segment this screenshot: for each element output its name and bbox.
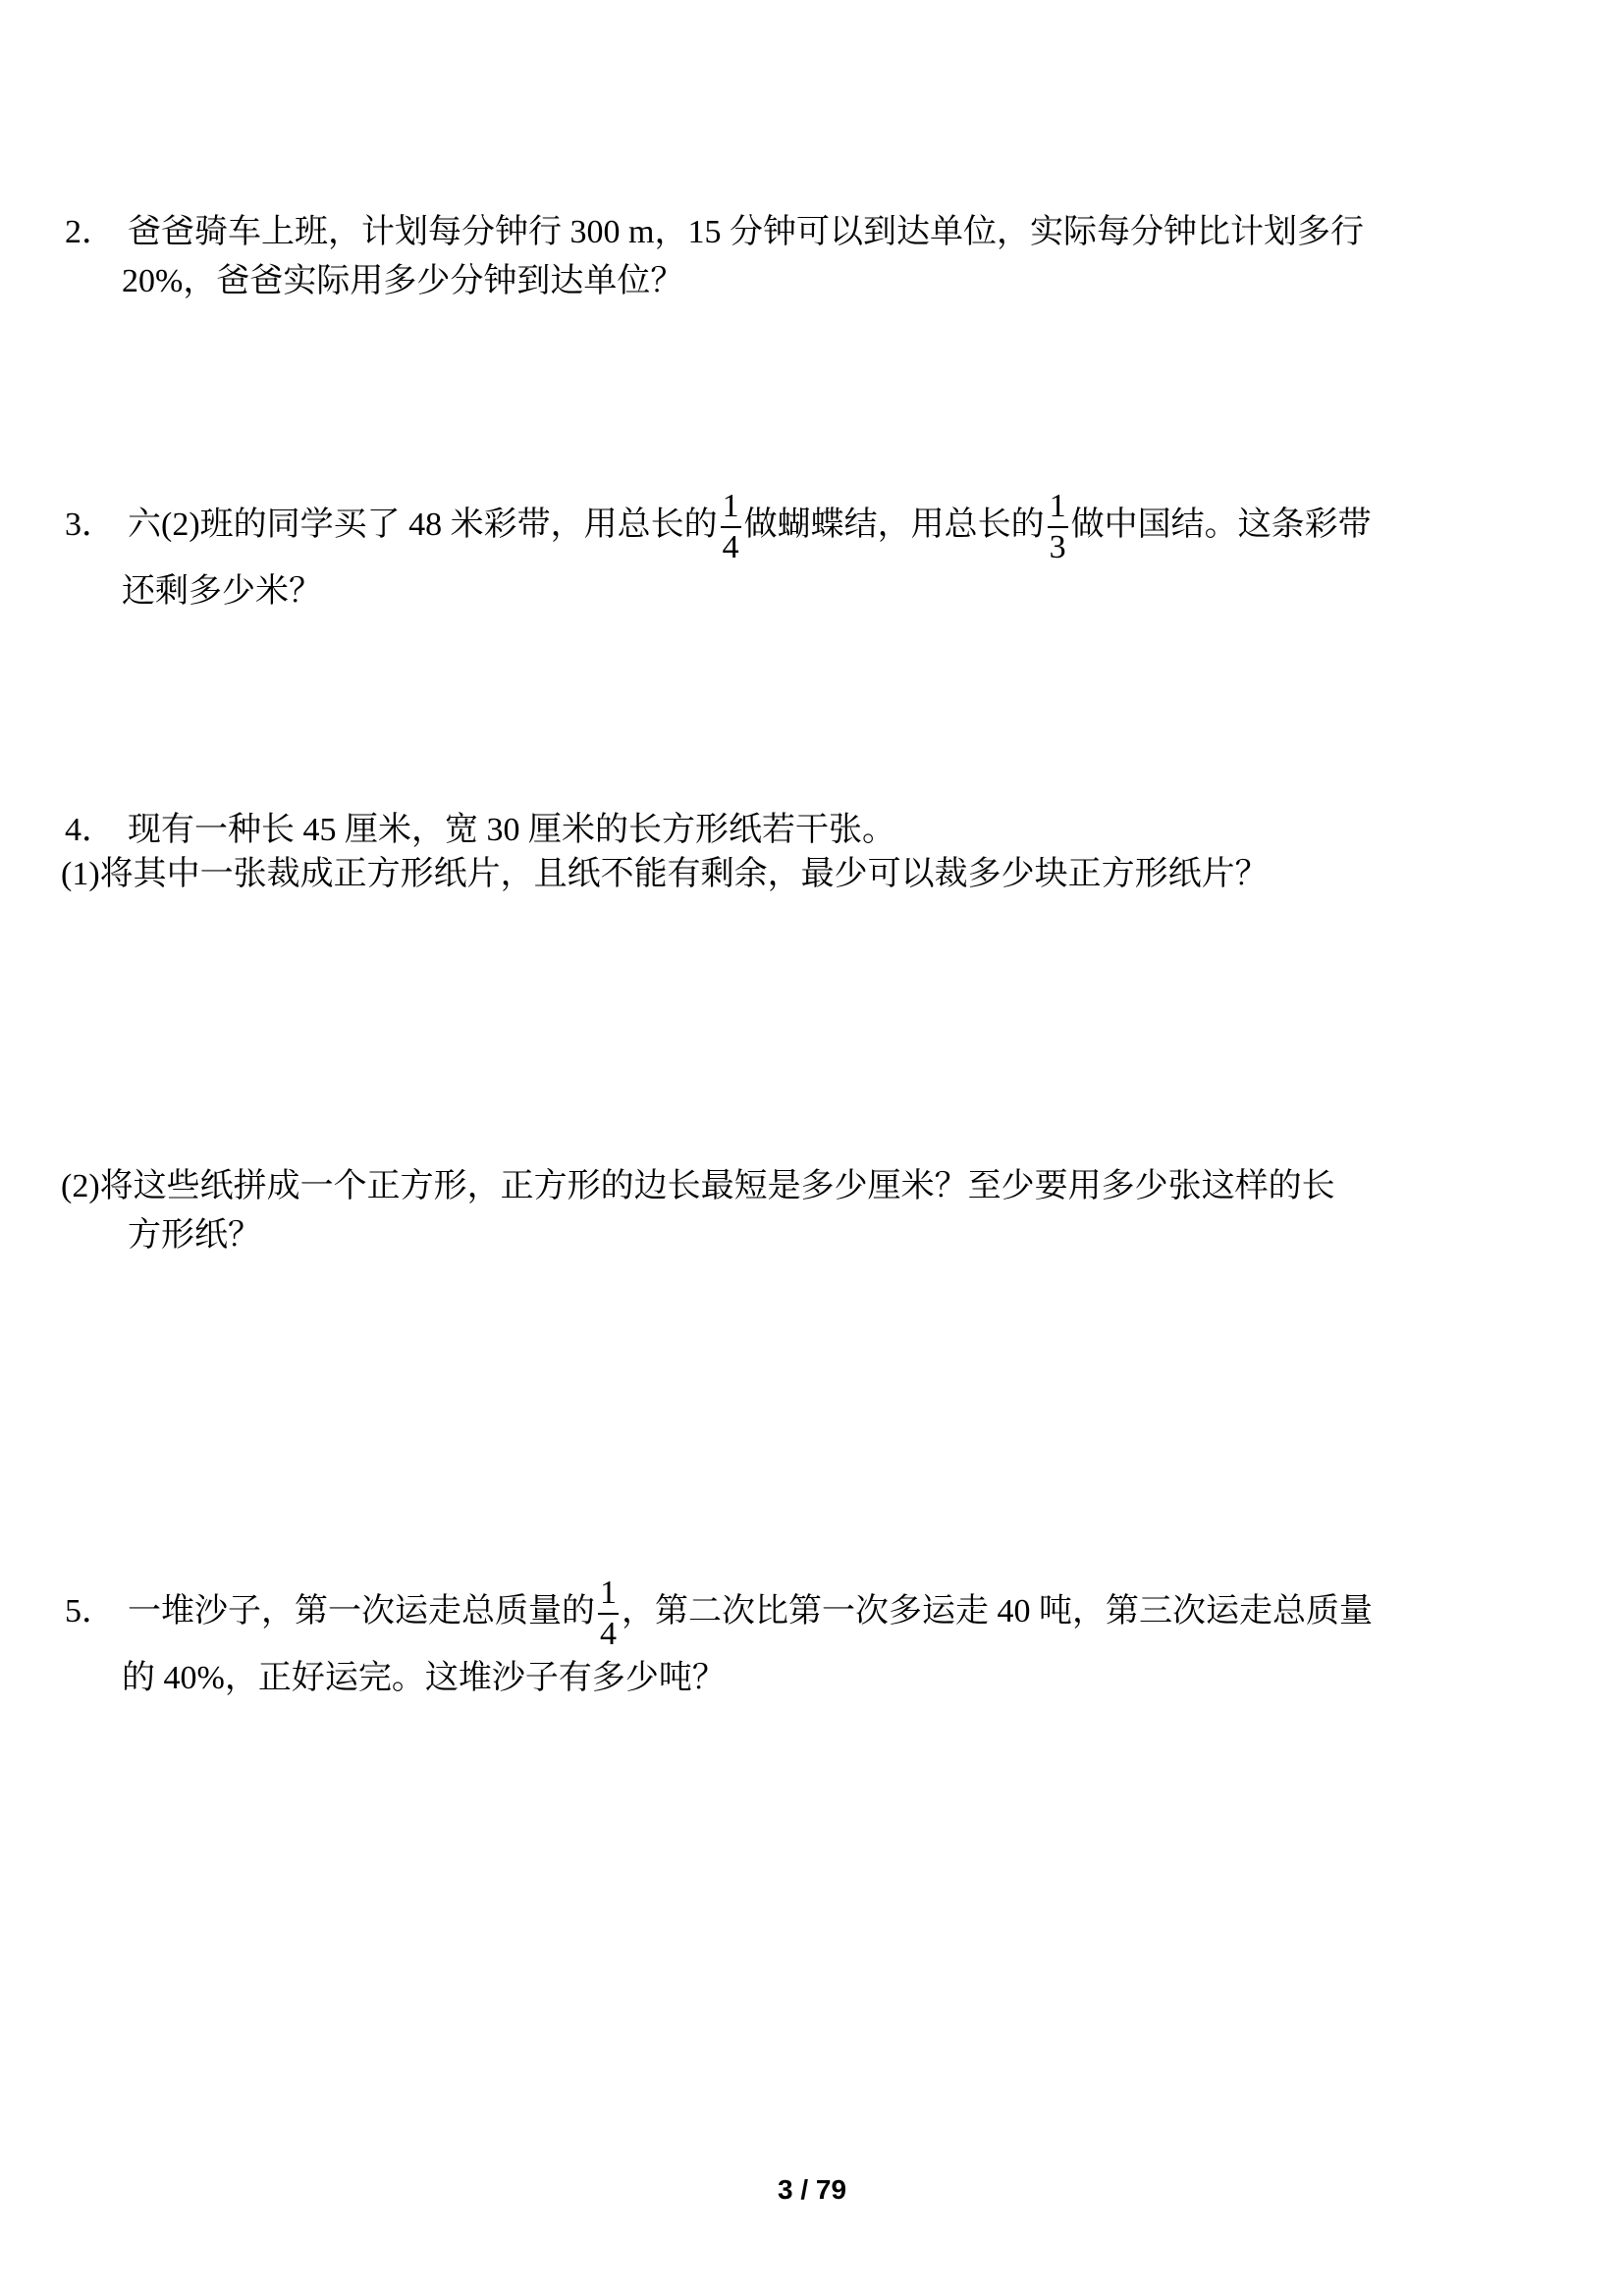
problem-4-subitem-2-line-2: 方形纸？ bbox=[128, 1211, 1335, 1260]
problem-4-subitem-1: (1)将其中一张裁成正方形纸片，且纸不能有剩余，最少可以裁多少块正方形纸片？ bbox=[61, 850, 1269, 899]
fraction-one-fourth: 14 bbox=[721, 487, 741, 567]
problem-3-number: 3． bbox=[65, 501, 128, 550]
problem-2-line-1: 2．爸爸骑车上班，计划每分钟行 300 m，15 分钟可以到达单位，实际每分钟比… bbox=[65, 208, 1364, 257]
fraction-numerator: 1 bbox=[1048, 487, 1068, 528]
problem-4-subitem-2: (2)将这些纸拼成一个正方形，正方形的边长最短是多少厘米？至少要用多少张这样的长… bbox=[61, 1162, 1335, 1260]
problem-5-text-b: ，第二次比第一次多运走 40 吨，第三次运走总质量 bbox=[622, 1593, 1373, 1629]
problem-4-subitem-2-line-1: (2)将这些纸拼成一个正方形，正方形的边长最短是多少厘米？至少要用多少张这样的长 bbox=[61, 1162, 1335, 1211]
problem-3-text-continued: 还剩多少米？ bbox=[122, 573, 322, 610]
problem-5-line-1: 5．一堆沙子，第一次运走总质量的14，第二次比第一次多运走 40 吨，第三次运走… bbox=[65, 1574, 1373, 1654]
fraction-numerator: 1 bbox=[721, 487, 741, 528]
problem-4-subitem-1-number: (1) bbox=[61, 856, 100, 892]
problem-3-text-a: 六(2)班的同学买了 48 米彩带，用总长的 bbox=[128, 507, 718, 543]
problem-4-number: 4． bbox=[65, 806, 128, 855]
problem-5-line-2: 的 40%，正好运完。这堆沙子有多少吨？ bbox=[122, 1654, 1373, 1703]
fraction-denominator: 3 bbox=[1048, 528, 1068, 567]
problem-2-line-2: 20%，爸爸实际用多少分钟到达单位？ bbox=[122, 257, 1364, 306]
problem-5-number: 5． bbox=[65, 1587, 128, 1636]
problem-2-number: 2． bbox=[65, 208, 128, 257]
problem-4-text: 现有一种长 45 厘米，宽 30 厘米的长方形纸若干张。 bbox=[128, 812, 895, 848]
fraction-numerator: 1 bbox=[598, 1574, 619, 1615]
problem-2: 2．爸爸骑车上班，计划每分钟行 300 m，15 分钟可以到达单位，实际每分钟比… bbox=[65, 208, 1364, 306]
problem-5: 5．一堆沙子，第一次运走总质量的14，第二次比第一次多运走 40 吨，第三次运走… bbox=[65, 1574, 1373, 1703]
problem-3: 3．六(2)班的同学买了 48 米彩带，用总长的14做蝴蝶结，用总长的13做中国… bbox=[65, 487, 1372, 616]
fraction-denominator: 4 bbox=[598, 1615, 619, 1654]
problem-2-text-continued: 20%，爸爸实际用多少分钟到达单位？ bbox=[122, 263, 683, 299]
problem-5-text-a: 一堆沙子，第一次运走总质量的 bbox=[128, 1593, 595, 1629]
fraction-one-third: 13 bbox=[1048, 487, 1068, 567]
problem-4-line-1: 4．现有一种长 45 厘米，宽 30 厘米的长方形纸若干张。 bbox=[65, 806, 895, 855]
problem-3-line-1: 3．六(2)班的同学买了 48 米彩带，用总长的14做蝴蝶结，用总长的13做中国… bbox=[65, 487, 1372, 567]
problem-3-text-b: 做蝴蝶结，用总长的 bbox=[744, 507, 1045, 543]
fraction-one-fourth: 14 bbox=[598, 1574, 619, 1654]
worksheet-page: 2．爸爸骑车上班，计划每分钟行 300 m，15 分钟可以到达单位，实际每分钟比… bbox=[0, 0, 1624, 2296]
page-number: 3 / 79 bbox=[0, 2175, 1624, 2205]
problem-4-subitem-2-text-continued: 方形纸？ bbox=[128, 1217, 261, 1254]
problem-4: 4．现有一种长 45 厘米，宽 30 厘米的长方形纸若干张。 bbox=[65, 806, 895, 855]
problem-4-subitem-1-text: 将其中一张裁成正方形纸片，且纸不能有剩余，最少可以裁多少块正方形纸片？ bbox=[100, 856, 1269, 892]
problem-5-text-continued: 的 40%，正好运完。这堆沙子有多少吨？ bbox=[122, 1660, 726, 1696]
problem-2-text: 爸爸骑车上班，计划每分钟行 300 m，15 分钟可以到达单位，实际每分钟比计划… bbox=[128, 214, 1364, 250]
fraction-denominator: 4 bbox=[721, 528, 741, 567]
problem-4-subitem-2-text: 将这些纸拼成一个正方形，正方形的边长最短是多少厘米？至少要用多少张这样的长 bbox=[100, 1168, 1335, 1204]
problem-3-text-c: 做中国结。这条彩带 bbox=[1071, 507, 1372, 543]
problem-4-subitem-2-number: (2) bbox=[61, 1168, 100, 1204]
problem-4-subitem-1-line: (1)将其中一张裁成正方形纸片，且纸不能有剩余，最少可以裁多少块正方形纸片？ bbox=[61, 850, 1269, 899]
problem-3-line-2: 还剩多少米？ bbox=[122, 567, 1372, 616]
